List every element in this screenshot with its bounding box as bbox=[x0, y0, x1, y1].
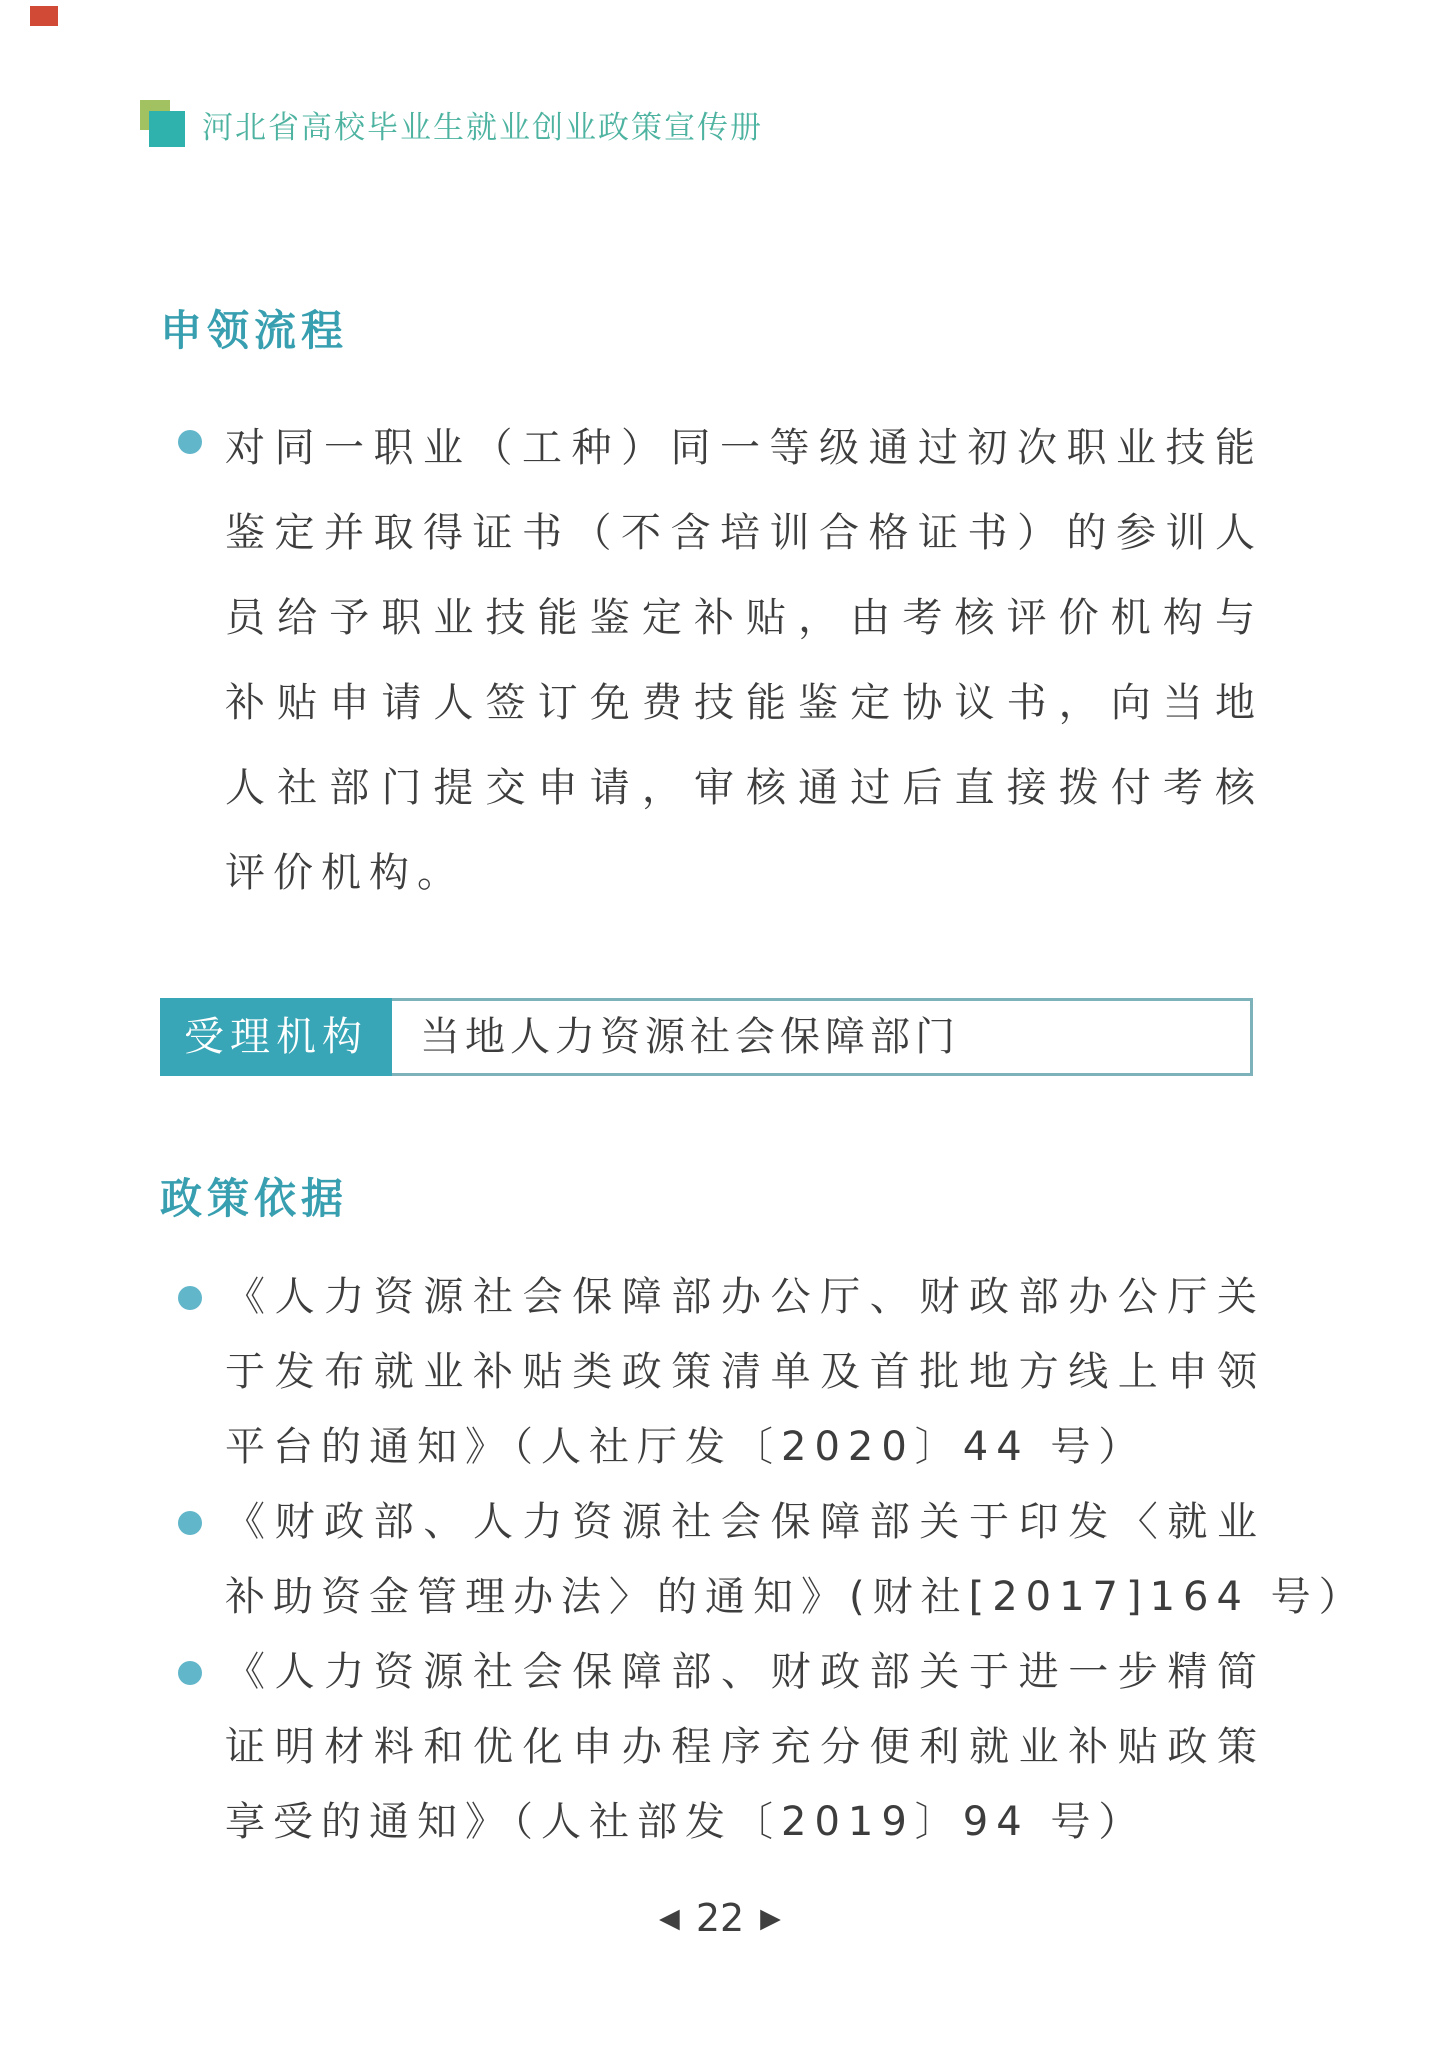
policy-line: 《人力资源社会保障部办公厅、财政部办公厅关 bbox=[225, 1260, 1257, 1335]
policy-line: 享受的通知》（人社部发〔2019〕94 号） bbox=[225, 1785, 1257, 1860]
process-line: 补贴申请人签订免费技能鉴定协议书，向当地 bbox=[225, 661, 1255, 746]
next-page-icon: ▶ bbox=[760, 1903, 781, 1934]
policy-line: 《人力资源社会保障部、财政部关于进一步精简 bbox=[225, 1635, 1257, 1710]
policy-list-item: 《人力资源社会保障部办公厅、财政部办公厅关 于发布就业补贴类政策清单及首批地方线… bbox=[0, 1260, 1440, 1485]
scan-artifact-mark bbox=[30, 6, 58, 26]
process-paragraph: 对同一职业（工种）同一等级通过初次职业技能 鉴定并取得证书（不含培训合格证书）的… bbox=[225, 406, 1255, 916]
agency-label: 受理机构 bbox=[160, 998, 392, 1076]
bullet-dot-icon bbox=[178, 1511, 202, 1535]
policy-list-item: 《财政部、人力资源社会保障部关于印发〈就业 补助资金管理办法〉的通知》(财社[2… bbox=[0, 1485, 1440, 1635]
policy-line: 《财政部、人力资源社会保障部关于印发〈就业 bbox=[225, 1485, 1257, 1560]
bullet-dot-icon bbox=[178, 1661, 202, 1685]
agency-value: 当地人力资源社会保障部门 bbox=[392, 1001, 1250, 1073]
bullet-dot-icon bbox=[178, 430, 202, 454]
process-line: 鉴定并取得证书（不含培训合格证书）的参训人 bbox=[225, 491, 1255, 576]
page-number: 22 bbox=[696, 1896, 744, 1940]
process-line: 评价机构。 bbox=[225, 831, 1255, 916]
agency-value-box: 当地人力资源社会保障部门 bbox=[392, 998, 1253, 1076]
process-line: 员给予职业技能鉴定补贴，由考核评价机构与 bbox=[225, 576, 1255, 661]
section-title-policy-basis: 政策依据 bbox=[160, 1166, 348, 1226]
prev-page-icon: ◀ bbox=[659, 1903, 680, 1934]
booklet-logo-icon bbox=[140, 100, 186, 148]
policy-line: 平台的通知》（人社厅发〔2020〕44 号） bbox=[225, 1410, 1257, 1485]
policy-list: 《人力资源社会保障部办公厅、财政部办公厅关 于发布就业补贴类政策清单及首批地方线… bbox=[0, 1260, 1440, 1860]
booklet-title: 河北省高校毕业生就业创业政策宣传册 bbox=[202, 102, 763, 147]
policy-line: 补助资金管理办法〉的通知》(财社[2017]164 号） bbox=[225, 1560, 1257, 1635]
policy-list-item: 《人力资源社会保障部、财政部关于进一步精简 证明材料和优化申办程序充分便利就业补… bbox=[0, 1635, 1440, 1860]
page-footer: ◀22▶ bbox=[0, 1896, 1440, 1940]
logo-front-square bbox=[149, 111, 185, 147]
booklet-page: 河北省高校毕业生就业创业政策宣传册 申领流程 对同一职业（工种）同一等级通过初次… bbox=[0, 0, 1440, 2062]
policy-line: 于发布就业补贴类政策清单及首批地方线上申领 bbox=[225, 1335, 1257, 1410]
bullet-dot-icon bbox=[178, 1286, 202, 1310]
policy-line: 证明材料和优化申办程序充分便利就业补贴政策 bbox=[225, 1710, 1257, 1785]
section-title-application-process: 申领流程 bbox=[160, 298, 348, 358]
process-line: 对同一职业（工种）同一等级通过初次职业技能 bbox=[225, 406, 1255, 491]
process-line: 人社部门提交申请，审核通过后直接拨付考核 bbox=[225, 746, 1255, 831]
page-header: 河北省高校毕业生就业创业政策宣传册 bbox=[140, 100, 763, 148]
accepting-agency-box: 受理机构 当地人力资源社会保障部门 bbox=[160, 998, 1253, 1076]
